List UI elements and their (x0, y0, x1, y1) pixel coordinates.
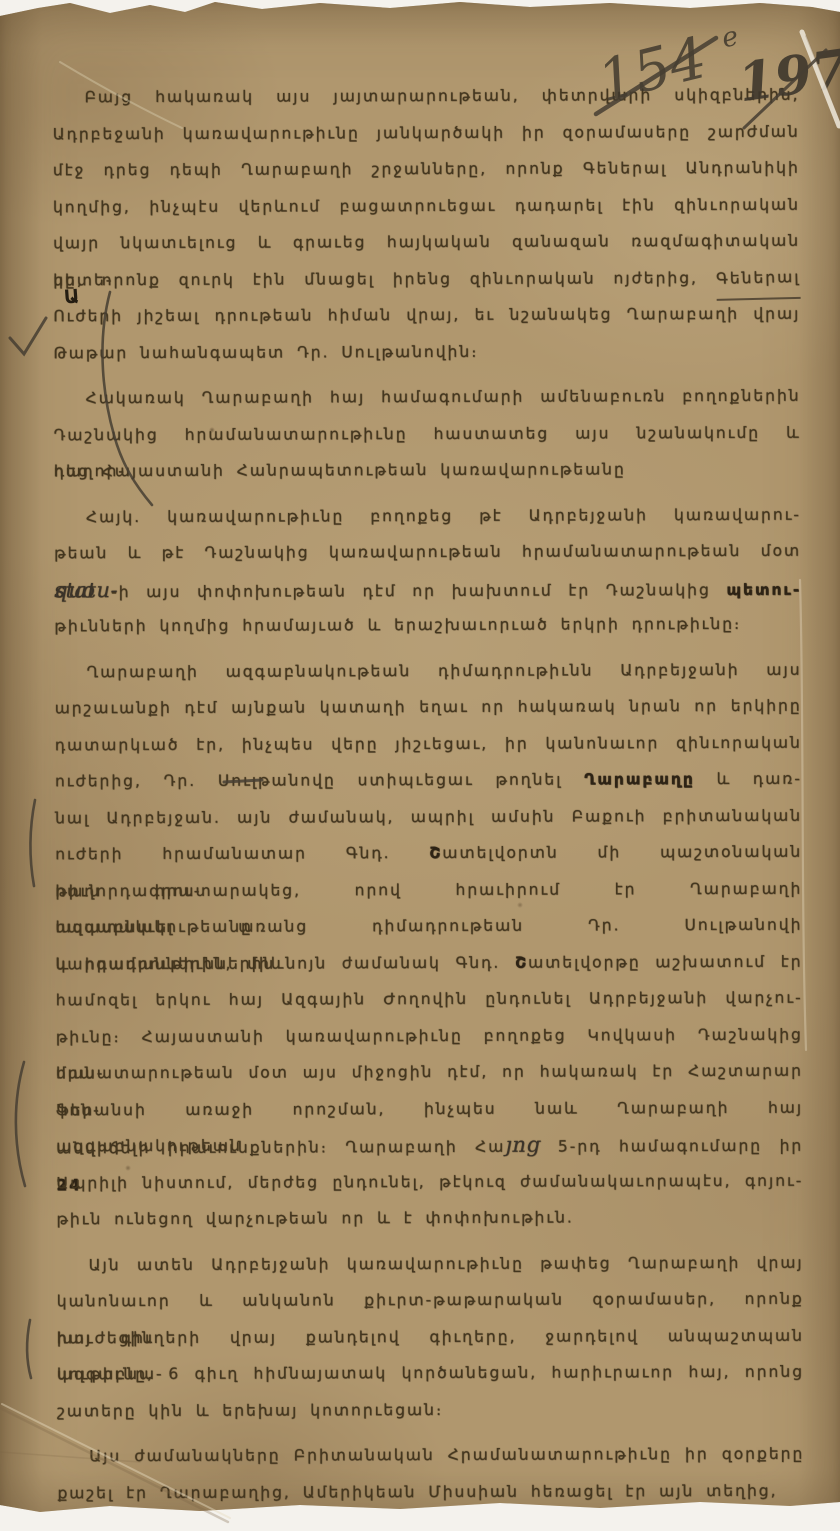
text-line: մանատարութեան մօտ այս միջոցին դէմ, որ հա… (56, 1053, 803, 1092)
paragraph: Այս ժամանակները Բրիտանական Հրամանատարութ… (57, 1436, 804, 1512)
text-line: հայ գիւղերի վրայ քանդելով գիւղերը, ջարդե… (57, 1317, 804, 1356)
text-line: ուժերից, Դր. Սուլթանովը ստիպւեցաւ թողնել… (55, 761, 802, 800)
text-line: վայր նկատւելուց և գրաւեց հայկական զանազա… (53, 223, 800, 262)
text-segment: թիւն ունեցող վարչութեան որ և է փոփոխութի… (56, 1208, 573, 1228)
text-line: և հրամաններին, միևնոյն ժամանակ Գնդ. Շատե… (56, 943, 803, 982)
text-segment: դատարկւած էր, ինչպես վերը յիշւեցաւ, իր կ… (55, 733, 802, 754)
text-segment: -ի այս փոփոխութեան դէմ որ խախտում էր Դաշ… (95, 580, 726, 600)
text-segment: Ուժերի յիշեալ դրութեան հիման վրայ, եւ նշ… (53, 305, 800, 326)
text-segment: թեան և թէ Դաշնակից կառավարութեան հրամանա… (54, 542, 801, 563)
typewritten-text: Բայց հակառակ այս յայտարարութեան, փետրվար… (52, 77, 804, 1521)
paragraph: Այն ատեն Ադրբեյջանի կառավարութիւնը թափեց… (57, 1244, 805, 1429)
annotated-text-segment: Ղարաբաղը (584, 770, 695, 788)
paragraph: Ղարաբաղի ազգաբնակութեան դիմադրութիւնն Ադ… (54, 651, 803, 1238)
text-line: թիւն ունեցող վարչութեան որ և է փոփոխութի… (56, 1199, 803, 1238)
insertion-mark: Ա (63, 285, 80, 308)
text-segment: համոզել երկու հայ Ազգային Ժողովին ընդուն… (56, 989, 803, 1010)
text-line: թիւնը։ Հայաստանի կառավարութիւնը բողոքեց … (56, 1016, 803, 1055)
text-line: նալ Ադրբեյջան. այն ժամանակ, ապրիլ ամսին … (55, 797, 802, 836)
text-segment: թիւնների կողմից հրամայւած և երաշխաւորւած… (54, 615, 741, 635)
text-segment: Ղարաբաղի ազգաբնակութեան դիմադրութիւնն Ադ… (87, 660, 802, 680)
text-segment: և դառ- (695, 770, 802, 788)
text-line: համոզել երկու հայ Ազգային Ժողովին ընդուն… (56, 980, 803, 1019)
text-line: Հայկ. կառավարութիւնը բողոքեց թէ Ադրբեյջա… (54, 496, 801, 535)
text-line: Ապրիլի նիստում, մերժեց ընդունել, թէկուզ … (56, 1162, 803, 1201)
annotated-text-segment: Շ (429, 844, 442, 862)
scanned-document: { "page": { "paper_color": "#b0976e", "i… (0, 0, 840, 1531)
text-segment: 5-րդ համագումարը իր (540, 1137, 803, 1156)
text-line: կութիւնը, 6 գիւղ հիմնայատակ կործանեցան, … (57, 1354, 804, 1393)
text-line: Այն ատեն Ադրբեյջանի կառավարութիւնը թափեց… (57, 1244, 804, 1283)
text-line: ուժերի հրամանատար Գնդ. Շատելվօրտն մի պաշ… (55, 834, 802, 873)
text-segment: և հրամաններին, միևնոյն ժամանակ Գնդ. (56, 953, 516, 973)
text-line: մէջ դրեց դեպի Ղարաբաղի շրջանները, որոնք … (53, 150, 800, 189)
text-line: Թաթար նահանգապետ Դր. Սուլթանովին։ (53, 332, 800, 371)
text-line: quo -ի այս փոփոխութեան դէմ որ խախտում էր… (54, 569, 801, 608)
text-segment: Թաթար նահանգապետ Դր. Սուլթանովին։ (53, 342, 478, 361)
text-segment: անվիճելի իրաւունքներին։ Ղարաբաղի Հա (56, 1138, 505, 1158)
text-line: Հակառակ Ղարաբաղի հայ համագումարի ամենաբո… (54, 378, 801, 417)
text-line: թիւնների կողմից հրամայւած և երաշխաւորւած… (54, 606, 801, 645)
page-number-current: 197 (735, 43, 840, 111)
text-line: թեան և թէ Դաշնակից կառավարութեան հրամանա… (54, 533, 801, 572)
text-line: անվիճելի իրաւունքներին։ Ղարաբաղի Հայոց 5… (56, 1126, 803, 1165)
text-segment: դեց Հայաստանի Հանրապետութեան կառավարութե… (54, 460, 626, 480)
text-line: ֆերանսի առաջի որոշման, ինչպես նաև Ղարաբա… (56, 1089, 803, 1128)
text-segment: Այս ժամանակները Բրիտանական Հրամանատարութ… (89, 1445, 804, 1465)
annotated-text-segment: յոց (505, 1133, 540, 1157)
text-segment: ուժերի հրամանատար Գնդ. (55, 844, 429, 863)
text-line: կողմից, ինչպէս վերևում բացատրուեցաւ դադա… (53, 186, 800, 225)
text-line: թիւն հրատարակեց, որով հրաւիրում էր Ղարաբ… (55, 870, 802, 909)
annotated-text-segment: Շ (515, 953, 528, 971)
text-segment: Ադրբեջանի կառավարութիւնը յանկարծակի իր զ… (53, 122, 800, 143)
text-line: րը, որոնք զուրկ էին մնացել իրենց զինւորա… (53, 259, 800, 298)
text-line: Դաշնակից հրամանատարութիւնը հաստատեց այս … (54, 414, 801, 453)
text-line: Այս ժամանակները Բրիտանական Հրամանատարութ… (57, 1436, 804, 1475)
text-line: դատարկւած էր, ինչպես վերը յիշւեցաւ, իր կ… (55, 724, 802, 763)
text-line: Ադրբեջանի կառավարութիւնը յանկարծակի իր զ… (53, 113, 800, 152)
text-segment: քաշել էր Ղարաբաղից, Ամերիկեան Միսսիան հե… (57, 1481, 777, 1502)
text-segment: շատերը կին և երեխայ կոտորւեցան։ (57, 1400, 443, 1419)
text-segment: Այն ատեն Ադրբեյջանի կառավարութիւնը թափեց… (89, 1253, 804, 1273)
text-line: շատերը կին և երեխայ կոտորւեցան։ (57, 1390, 804, 1429)
text-line: արշաւանքի դէմ այնքան կատաղի եղաւ որ հակա… (55, 688, 802, 727)
paragraph: Հայկ. կառավարութիւնը բողոքեց թէ Ադրբեյջա… (54, 496, 802, 645)
text-line: Ղարաբաղի ազգաբնակութեան դիմադրութիւնն Ադ… (54, 651, 801, 690)
text-line: դեց Հայաստանի Հանրապետութեան կառավարութե… (54, 451, 801, 490)
text-segment: Հայկ. կառավարութիւնը բողոքեց թէ Ադրբեյջա… (86, 505, 801, 525)
text-segment: նալ Ադրբեյջան. այն ժամանակ, ապրիլ ամսին … (55, 806, 802, 827)
text-segment: մէջ դրեց դեպի Ղարաբաղի շրջանները, որոնք … (53, 159, 800, 180)
text-segment: կողմից, ինչպէս վերևում բացատրուեցաւ դադա… (53, 195, 800, 216)
text-segment: րը, որոնք զուրկ էին մնացել իրենց զինւորա… (53, 268, 716, 288)
paragraph: Հակառակ Ղարաբաղի հայ համագումարի ամենաբո… (54, 378, 801, 490)
text-segment: ուժերից, Դր. Սուլթանովը ստիպւեցաւ թողնել (55, 770, 584, 790)
annotated-text-segment: quo (54, 578, 95, 602)
text-segment: Հակառակ Ղարաբաղի հայ համագումարի ամենաբո… (86, 387, 801, 407)
text-line: հպատակւել առանց դիմադրութեան Դր. Սուլթան… (55, 907, 802, 946)
text-line: քաշել էր Ղարաբաղից, Ամերիկեան Միսսիան հե… (57, 1472, 804, 1511)
text-segment: Ապրիլի նիստում, մերժեց ընդունել, թէկուզ … (56, 1171, 803, 1192)
paragraph: Բայց հակառակ այս յայտարարութեան, փետրվար… (52, 77, 800, 372)
annotated-text-segment: պետու- (726, 580, 801, 598)
text-segment: կութիւնը, 6 գիւղ հիմնայատակ կործանեցան, … (57, 1363, 804, 1384)
text-segment: արշաւանքի դէմ այնքան կատաղի եղաւ որ հակա… (55, 697, 802, 718)
text-line: կանոնաւոր և անկանոն քիւրտ-թաթարական զօրա… (57, 1281, 804, 1320)
text-line: Ուժերի յիշեալ դրութեան հիման վրայ, եւ նշ… (53, 296, 800, 335)
annotated-text-segment: Գեներալ (715, 258, 800, 300)
text-segment: ատելվօրթը աշխատում էր (528, 952, 803, 971)
